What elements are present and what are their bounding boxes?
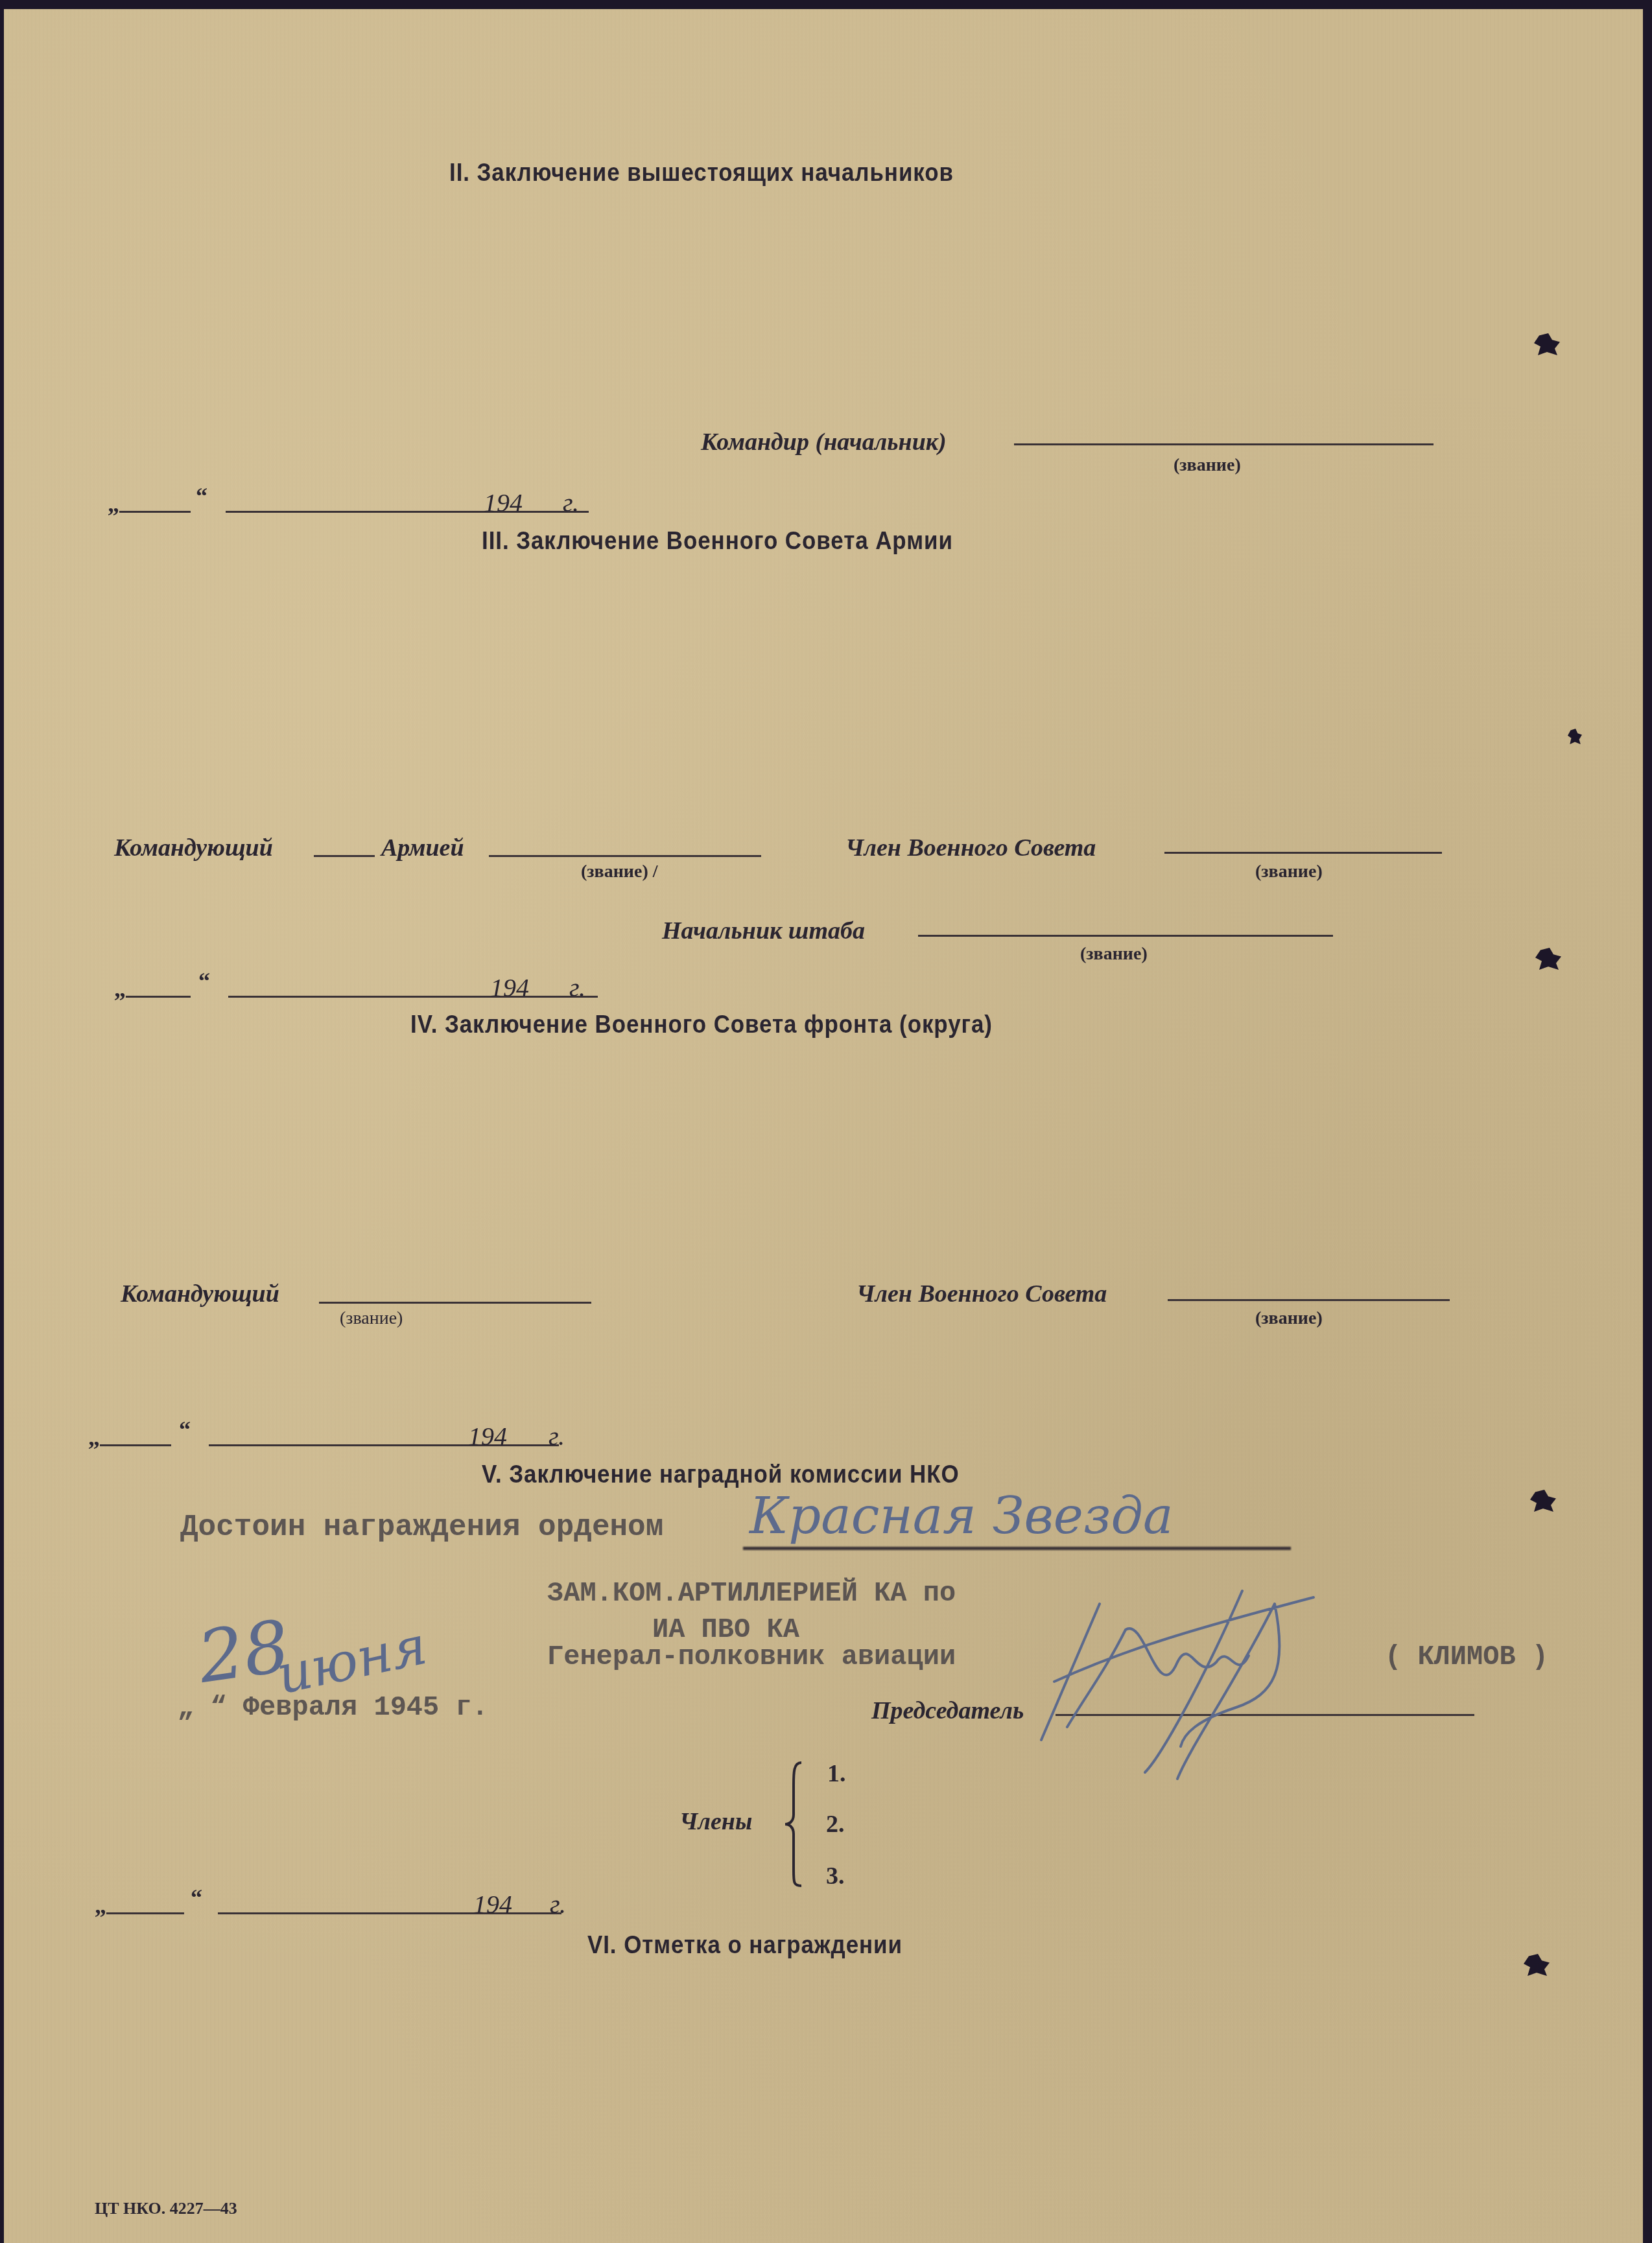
date-open-quote: „ — [95, 1892, 106, 1919]
binding-hole — [1535, 948, 1561, 970]
front-council-member-rank-label: (звание) — [1255, 1308, 1323, 1329]
date-year-suffix: г. — [550, 1889, 566, 1920]
council-member-label: Член Военного Совета — [845, 834, 1096, 862]
section-2-heading: II. Заключение вышестоящих начальников — [449, 159, 954, 187]
commander-label: Командир (начальник) — [701, 428, 947, 456]
date-year-blank — [528, 511, 559, 513]
date-year-prefix: 194 — [484, 487, 523, 518]
chairman-name-typed: ( КЛИМОВ ) — [1385, 1641, 1548, 1673]
date-year-suffix: г. — [549, 1421, 565, 1451]
position-line-3: Генерал-полковник авиации — [547, 1641, 956, 1673]
print-code: ЦТ НКО. 4227—43 — [95, 2199, 237, 2218]
council-member-rank-label: (звание) — [1255, 862, 1323, 882]
award-typed-text: Достоин награждения орденом — [180, 1510, 663, 1544]
date-close-quote: “ — [196, 482, 207, 510]
scan-edge — [1643, 0, 1652, 2243]
section-4-heading: IV. Заключение Военного Совета фронта (о… — [410, 1011, 993, 1039]
date-close-quote: “ — [198, 967, 210, 994]
front-council-member-label: Член Военного Совета — [856, 1280, 1107, 1308]
date-year-prefix: 194 — [473, 1889, 512, 1920]
commander-rank-label: (звание) — [1174, 455, 1241, 476]
date-year-suffix: г. — [563, 487, 579, 518]
member-3: 3. — [826, 1862, 845, 1890]
award-handwritten-order: Красная Звезда — [749, 1487, 1173, 1545]
chairman-label: Председатель — [871, 1697, 1024, 1725]
army-commander-label: Командующий — [114, 834, 273, 862]
date-year-suffix: г. — [569, 972, 585, 1003]
date-open-quote: „ — [114, 975, 126, 1002]
date-day-blank — [100, 1444, 171, 1446]
section-6-heading: VI. Отметка о награждении — [587, 1932, 903, 1960]
date-line-s2: „ “ 194 г. — [108, 487, 600, 520]
date-year-prefix: 194 — [490, 972, 529, 1003]
commander-signature-line — [1014, 443, 1434, 445]
front-council-member-signature-line — [1168, 1299, 1450, 1301]
front-commander-signature-line — [319, 1302, 591, 1304]
date-line-s5: „ “ 194 г. — [95, 1889, 587, 1921]
date-open-quote: „ — [108, 490, 119, 517]
members-brace — [782, 1759, 808, 1889]
binding-hole — [1530, 1490, 1556, 1512]
binding-hole — [1534, 333, 1560, 355]
position-line-1: ЗАМ.КОМ.АРТИЛЛЕРИЕЙ КА по — [547, 1578, 956, 1609]
date-close-quote: “ — [191, 1884, 202, 1911]
document-page: II. Заключение вышестоящих начальников К… — [4, 9, 1643, 2243]
army-commander-signature-line — [489, 855, 761, 857]
binding-hole — [1524, 1954, 1550, 1976]
date-year-blank — [517, 1912, 546, 1914]
army-commander-rank-label: (звание) / — [581, 862, 658, 882]
date-close-quote: “ — [179, 1416, 191, 1443]
date-day-blank — [119, 511, 191, 513]
chief-of-staff-label: Начальник штаба — [662, 917, 865, 945]
date-open-quote: „ — [88, 1424, 100, 1451]
army-label: Армией — [381, 834, 464, 862]
members-label: Члены — [679, 1807, 752, 1836]
position-line-2: ИА ПВО КА — [652, 1614, 799, 1645]
binding-hole — [1568, 729, 1582, 744]
section-3-heading: III. Заключение Военного Совета Армии — [482, 528, 953, 556]
date-year-blank — [513, 1444, 545, 1446]
chief-of-staff-signature-line — [918, 935, 1333, 937]
front-commander-rank-label: (звание) — [340, 1308, 403, 1329]
army-commander-blank — [314, 855, 375, 857]
chairman-signature — [1028, 1565, 1365, 1759]
date-day-blank — [126, 996, 191, 998]
date-line-s3: „ “ 194 г. — [114, 972, 607, 1005]
date-year-prefix: 194 — [468, 1421, 507, 1451]
front-commander-label: Командующий — [121, 1280, 279, 1308]
date-year-blank — [534, 996, 565, 998]
member-1: 1. — [827, 1759, 846, 1788]
award-underline — [743, 1547, 1291, 1550]
award-date-typed: „ “ Февраля 1945 г. — [178, 1692, 488, 1723]
section-5-heading: V. Заключение наградной комиссии НКО — [482, 1461, 960, 1489]
date-day-blank — [106, 1912, 184, 1914]
chief-of-staff-rank-label: (звание) — [1080, 944, 1148, 965]
date-line-s4: „ “ 194 г. — [88, 1421, 581, 1453]
member-2: 2. — [826, 1810, 845, 1838]
council-member-signature-line — [1164, 852, 1442, 854]
